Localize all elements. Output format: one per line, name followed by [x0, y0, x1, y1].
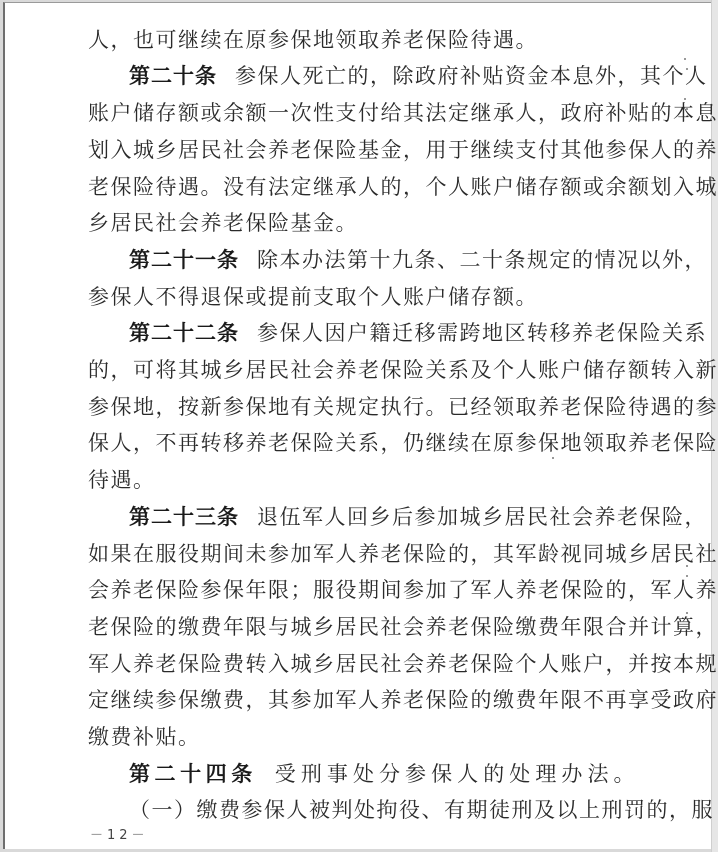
article-number: 第二十四条 — [129, 762, 257, 786]
text-line: 参保人不得退保或提前支取个人账户储存额。 — [88, 285, 538, 309]
text-line: 划入城乡居民社会养老保险基金，用于继续支付其他参保人的养 — [88, 138, 636, 162]
text-line: 乡居民社会养老保险基金。 — [88, 211, 358, 235]
article-number: 第二十条 — [129, 64, 217, 88]
scan-speck — [686, 612, 688, 614]
text-line: 人，也可继续在原参保地领取养老保险待遇。 — [88, 28, 538, 52]
text-line: 老保险待遇。没有法定继承人的，个人账户储存额或余额划入城 — [88, 175, 636, 199]
text-line: （一）缴费参保人被判处拘役、有期徒刑及以上刑罚的，服 — [129, 798, 636, 822]
article-22-heading: 第二十二条参保人因户籍迁移需跨地区转移养老保险关系 — [129, 321, 636, 345]
scan-speck — [686, 68, 688, 70]
article-number: 第二十一条 — [129, 248, 239, 272]
article-20-heading: 第二十条参保人死亡的，除政府补贴资金本息外，其个人 — [129, 64, 636, 88]
article-23-heading: 第二十三条退伍军人回乡后参加城乡居民社会养老保险， — [129, 505, 636, 529]
article-24-heading: 第二十四条受刑事处分参保人的处理办法。 — [129, 762, 636, 786]
text-line: 会养老保险参保年限；服役期间参加了军人养老保险的，军人养 — [88, 578, 636, 602]
article-number: 第二十三条 — [129, 505, 239, 529]
page-number: －12－ — [90, 824, 149, 843]
page-edge — [711, 0, 718, 852]
scan-speck — [686, 565, 688, 567]
text-line: 待遇。 — [88, 468, 156, 492]
scan-speck — [684, 58, 686, 60]
text-line: 老保险的缴费年限与城乡居民社会养老保险缴费年限合并计算， — [88, 615, 636, 639]
document-page — [3, 2, 714, 849]
text-line: 如果在服役期间未参加军人养老保险的，其军龄视同城乡居民社 — [88, 542, 636, 566]
text-line: 保人，不再转移养老保险关系，仍继续在原参保地领取养老保险 — [88, 431, 636, 455]
scan-speck — [686, 108, 688, 110]
scan-speck — [552, 457, 554, 459]
scan-speck — [684, 98, 686, 100]
article-number: 第二十二条 — [129, 321, 239, 345]
text-line: 账户储存额或余额一次性支付给其法定继承人，政府补贴的本息 — [88, 101, 636, 125]
text-line: 缴费补贴。 — [88, 725, 201, 749]
article-21-heading: 第二十一条除本办法第十九条、二十条规定的情况以外， — [129, 248, 636, 272]
scan-speck — [686, 575, 688, 577]
text-line: 定继续参保缴费，其参加军人养老保险的缴费年限不再享受政府 — [88, 688, 636, 712]
text-line: 的，可将其城乡居民社会养老保险关系及个人账户储存额转入新 — [88, 358, 636, 382]
text-line: 军人养老保险费转入城乡居民社会养老保险个人账户，并按本规 — [88, 652, 636, 676]
text-line: 参保地，按新参保地有关规定执行。已经领取养老保险待遇的参 — [88, 395, 636, 419]
